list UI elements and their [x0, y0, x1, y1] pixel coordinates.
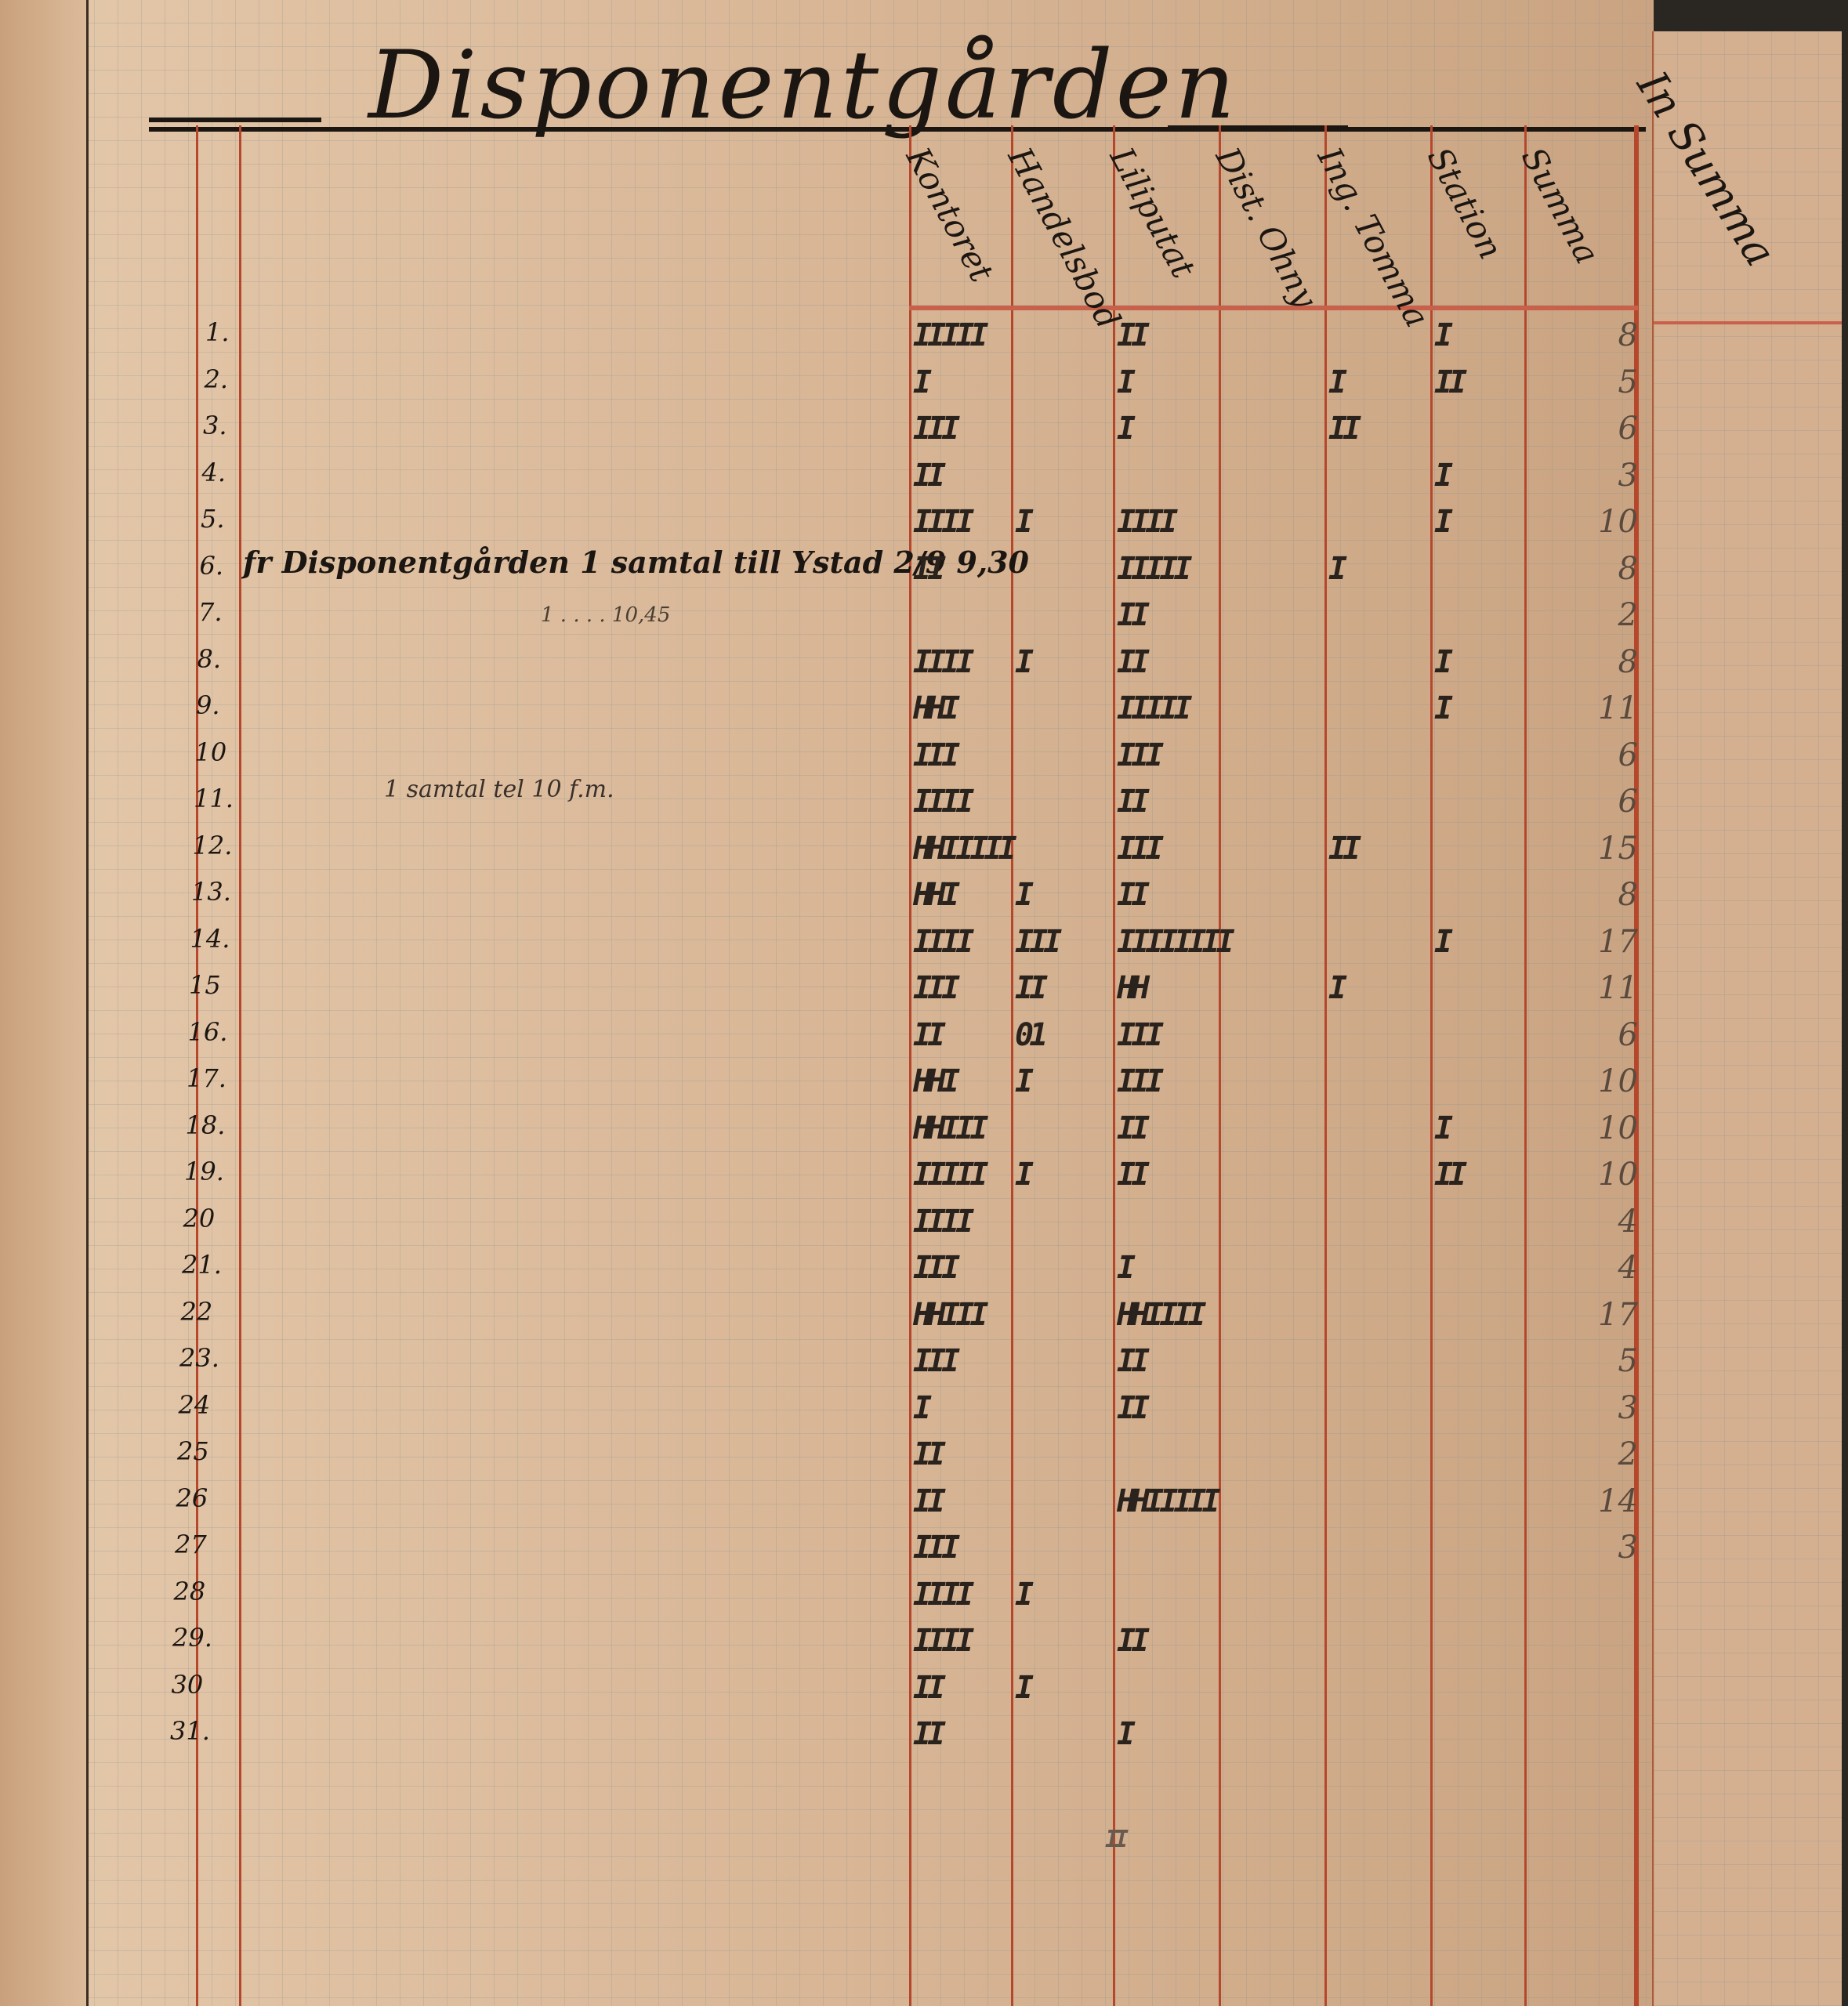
tally-kontoret: IIII [913, 504, 969, 543]
tally-liliputat: II [1117, 1623, 1145, 1662]
summa-value: 10 [1575, 1110, 1638, 1146]
tally-handelsbod: I [1015, 877, 1029, 916]
tally-ing-tomma: II [1328, 831, 1357, 870]
tally-kontoret: III [913, 1250, 955, 1289]
column-header-station: Station [1420, 141, 1510, 265]
tally-liliputat: IIIII [1117, 690, 1187, 730]
header-rule [149, 127, 1646, 132]
col-rule-summa [1524, 125, 1527, 2006]
tally-kontoret: III [913, 411, 955, 450]
col-rule-ing [1324, 125, 1327, 2006]
day-number: 12. [193, 831, 240, 860]
day-number: 16. [188, 1017, 235, 1047]
tally-kontoret: IIII [913, 784, 969, 823]
summa-value: 10 [1575, 1063, 1638, 1099]
tally-ing-tomma: II [1328, 411, 1357, 450]
tally-kontoret: III [913, 1343, 955, 1382]
tally-kontoret: IIII [913, 1204, 969, 1243]
in-summa-header-rule [1654, 321, 1842, 324]
day-number: 8. [197, 644, 245, 674]
tally-handelsbod: I [1015, 1157, 1029, 1196]
margin-rule-2 [239, 125, 241, 2006]
tally-kontoret: II [913, 1670, 941, 1709]
day-number: 27 [175, 1530, 222, 1559]
day-number: 21. [182, 1250, 229, 1280]
summa-value: 11 [1575, 690, 1638, 726]
tally-station: I [1434, 690, 1448, 730]
col-rule-kontoret [909, 125, 911, 2006]
tally-handelsbod: III [1015, 924, 1057, 963]
summa-value: 15 [1575, 831, 1638, 867]
tally-kontoret: II [913, 1716, 941, 1755]
summa-value: 6 [1575, 411, 1638, 447]
tally-liliputat: III [1117, 831, 1159, 870]
summa-value: 3 [1575, 458, 1638, 494]
tally-handelsbod: I [1015, 1063, 1029, 1103]
page-binding-edge [0, 0, 89, 2006]
summa-value: 8 [1575, 317, 1638, 353]
tally-liliputat: IIIII [1117, 551, 1187, 590]
col-rule-dist [1219, 125, 1221, 2006]
tally-kontoret: II [913, 1483, 941, 1523]
tally-kontoret: HHI [913, 1063, 955, 1103]
tally-liliputat: HHIIIII [1117, 1483, 1216, 1523]
day-number: 31. [170, 1716, 217, 1746]
tally-station: II [1434, 364, 1462, 404]
summa-value: 4 [1575, 1204, 1638, 1240]
day-number: 17. [187, 1063, 234, 1093]
day-number: 2. [205, 364, 252, 394]
tally-ing-tomma: I [1328, 551, 1343, 590]
tally-liliputat: IIIIIIII [1117, 924, 1230, 963]
summa-value: 10 [1575, 1157, 1638, 1193]
tally-handelsbod: I [1015, 1577, 1029, 1616]
tally-handelsbod: 01 [1015, 1017, 1043, 1056]
summa-value: 11 [1575, 970, 1638, 1006]
day-number: 25 [177, 1436, 224, 1466]
tally-kontoret: III [913, 737, 955, 777]
tally-kontoret: I [913, 364, 927, 404]
day-number: 15 [189, 970, 236, 1000]
tally-kontoret: HHIII [913, 1297, 984, 1336]
summa-value: 2 [1575, 597, 1638, 633]
tally-station: I [1434, 924, 1448, 963]
day-number: 11. [194, 784, 241, 813]
tally-liliputat: HH [1117, 970, 1145, 1009]
day-number: 14. [190, 924, 237, 954]
right-page-edge: In Summa [1652, 31, 1842, 2006]
day-number: 20 [183, 1204, 230, 1233]
summa-value: 17 [1575, 924, 1638, 960]
tally-kontoret: IIII [913, 924, 969, 963]
tally-kontoret: HHIIIII [913, 831, 1013, 870]
tally-kontoret: HHI [913, 690, 955, 730]
day-number: 10 [195, 737, 242, 767]
tally-kontoret: III [913, 970, 955, 1009]
col-rule-station [1430, 125, 1433, 2006]
tally-handelsbod: I [1015, 644, 1029, 683]
tally-station: I [1434, 1110, 1448, 1150]
day-number: 26 [176, 1483, 223, 1513]
title-underline-left [149, 118, 321, 122]
tally-liliputat: HHIIII [1117, 1297, 1202, 1336]
day-number: 29. [172, 1623, 219, 1653]
tally-ing-tomma: I [1328, 364, 1343, 404]
tally-liliputat: II [1117, 597, 1145, 636]
tally-kontoret: II [913, 1436, 941, 1476]
day-number: 6. [200, 551, 247, 581]
note-call-ystad: fr Disponentgården 1 samtal till Ystad 2… [243, 545, 1029, 580]
tally-liliputat: I [1117, 364, 1131, 404]
tally-kontoret: I [913, 1390, 927, 1429]
summa-value: 6 [1575, 737, 1638, 773]
tally-handelsbod: II [1015, 970, 1043, 1009]
day-number: 23. [179, 1343, 226, 1373]
tally-liliputat: III [1117, 1063, 1159, 1103]
tally-ing-tomma: I [1328, 970, 1343, 1009]
summa-value: 10 [1575, 504, 1638, 540]
tally-kontoret: IIII [913, 1623, 969, 1662]
tally-kontoret: II [913, 458, 941, 497]
day-number: 13. [191, 877, 238, 907]
tally-liliputat: II [1117, 1390, 1145, 1429]
tally-station: I [1434, 317, 1448, 357]
tally-liliputat: III [1117, 1017, 1159, 1056]
summa-value: 2 [1575, 1436, 1638, 1472]
tally-station: I [1434, 504, 1448, 543]
column-header-summa: Summa [1514, 141, 1607, 270]
day-number: 18. [186, 1110, 233, 1140]
note-call-10fm: 1 samtal tel 10 f.m. [384, 776, 614, 803]
stray-tally-mark: II [1105, 1826, 1124, 1865]
day-number: 5. [201, 504, 248, 534]
summa-value: 14 [1575, 1483, 1638, 1519]
day-number: 1. [205, 317, 252, 347]
summa-value: 8 [1575, 644, 1638, 680]
tally-liliputat: III [1117, 737, 1159, 777]
tally-handelsbod: I [1015, 1670, 1029, 1709]
tally-kontoret: II [913, 1017, 941, 1056]
summa-value: 6 [1575, 784, 1638, 820]
day-number: 30 [172, 1670, 219, 1700]
day-number: 3. [203, 411, 250, 440]
tally-handelsbod: I [1015, 504, 1029, 543]
tally-liliputat: II [1117, 1110, 1145, 1150]
tally-liliputat: II [1117, 877, 1145, 916]
tally-kontoret: IIII [913, 1577, 969, 1616]
summa-value: 8 [1575, 877, 1638, 913]
tally-kontoret: IIIII [913, 317, 984, 357]
column-header-dist-ohny: Dist. Ohny [1208, 141, 1325, 314]
column-header-kontoret: Kontoret [899, 141, 1002, 288]
day-number: 19. [184, 1157, 231, 1186]
ledger-page: Disponentgården Kontoret Handelsbod Lili… [0, 0, 1654, 2006]
tally-kontoret: III [913, 1530, 955, 1569]
tally-liliputat: II [1117, 784, 1145, 823]
tally-liliputat: I [1117, 1716, 1131, 1755]
summa-value: 6 [1575, 1017, 1638, 1053]
summa-value: 8 [1575, 551, 1638, 587]
day-number: 28 [174, 1577, 221, 1606]
day-number: 24 [179, 1390, 226, 1420]
tally-liliputat: II [1117, 1343, 1145, 1382]
tally-liliputat: I [1117, 411, 1131, 450]
summa-value: 4 [1575, 1250, 1638, 1286]
page-title: Disponentgården [368, 31, 1238, 140]
tally-station: I [1434, 644, 1448, 683]
day-number: 7. [198, 597, 245, 627]
tally-liliputat: IIII [1117, 504, 1173, 543]
column-header-liliputat: Liliputat [1103, 141, 1203, 284]
column-header-ing-tomma: Ing. Tomma [1310, 141, 1437, 333]
summa-value: 3 [1575, 1390, 1638, 1426]
tally-kontoret: IIIII [913, 1157, 984, 1196]
day-number: 9. [196, 690, 243, 720]
tally-liliputat: II [1117, 644, 1145, 683]
day-number: 4. [202, 458, 249, 487]
tally-kontoret: IIII [913, 644, 969, 683]
col-rule-handelsbod [1011, 125, 1013, 2006]
tally-kontoret: II [913, 551, 941, 590]
summa-value: 5 [1575, 1343, 1638, 1379]
tally-kontoret: HHIII [913, 1110, 984, 1150]
summa-value: 17 [1575, 1297, 1638, 1333]
header-bottom-rule [909, 306, 1638, 310]
summa-value: 5 [1575, 364, 1638, 400]
note-call-second: 1 . . . . 10,45 [541, 603, 670, 627]
tally-liliputat: I [1117, 1250, 1131, 1289]
day-number: 22 [181, 1297, 228, 1327]
col-rule-liliputat [1113, 125, 1115, 2006]
tally-kontoret: HHI [913, 877, 955, 916]
tally-liliputat: II [1117, 1157, 1145, 1196]
tally-station: I [1434, 458, 1448, 497]
tally-station: II [1434, 1157, 1462, 1196]
tally-liliputat: II [1117, 317, 1145, 357]
summa-value: 3 [1575, 1530, 1638, 1566]
